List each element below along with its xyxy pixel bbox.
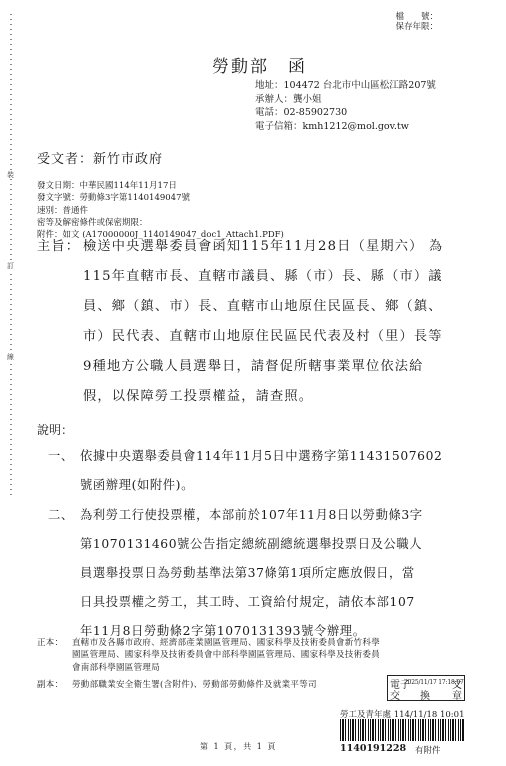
document-info: 發文日期：中華民國114年11月17日 發文字號：勞動條3字第114014904… — [37, 180, 284, 241]
barcode-number: 1140191228 — [340, 743, 406, 754]
sender-email: 電子信箱：kmh1212@mol.gov.tw — [255, 120, 436, 134]
item-line: 員選舉投票日為勞動基準法第37條第1項所定應放假日，當 — [80, 563, 415, 581]
electronic-exchange-stamp: 電子 2025/11/17 17:18:07 文 交 換 章 — [387, 675, 465, 701]
document-title: 勞動部 函 — [212, 52, 307, 77]
copy-recipients: 勞動部職業安全衛生署(含附件)、勞動部勞動條件及就業平等司 — [72, 679, 317, 691]
original-line: 直轄市及各縣市政府、經濟部產業園區管理局、國家科學及技術委員會新竹科學 — [72, 637, 380, 649]
item-marker: 一、 — [48, 446, 74, 464]
stamp-text: 交 — [390, 687, 400, 702]
sender-info: 地址：104472 台北市中山區松江路207號 承辦人：龔小姐 電話：02-85… — [255, 79, 436, 133]
delivery-speed: 速別：普通件 — [37, 205, 284, 217]
original-line: 園區管理局、國家科學及技術委員會中部科學園區管理局、國家科學及技術委員 — [72, 649, 380, 661]
binding-mark-zhuang: 裝 — [7, 171, 14, 179]
item-marker: 二、 — [48, 505, 74, 523]
item-line: 依據中央選舉委員會114年11月5日中選務字第11431507602 — [80, 446, 442, 464]
attachment-note: 有附件 — [415, 744, 441, 756]
binding-mark-xian: 線 — [7, 353, 14, 361]
original-label: 正本： — [37, 637, 63, 649]
item-line: 日具投票權之勞工，其工時、工資給付規定，請依本部107 — [80, 592, 415, 610]
retention-label: 保存年限： — [395, 22, 438, 32]
stamp-text: 換 — [420, 687, 430, 702]
subject-label: 主旨： — [37, 235, 80, 254]
recipient: 受文者：新竹市政府 — [37, 148, 163, 167]
security-level: 密等及解密條件或保密期限： — [37, 217, 284, 229]
sender-address: 地址：104472 台北市中山區松江路207號 — [255, 79, 436, 93]
original-recipients: 直轄市及各縣市政府、經濟部產業園區管理局、國家科學及技術委員會新竹科學 園區管理… — [72, 637, 380, 674]
sender-contact: 承辦人：龔小姐 — [255, 93, 436, 107]
original-line: 會南部科學園區管理局 — [72, 662, 380, 674]
stamp-text: 章 — [452, 687, 462, 702]
page-number: 第 1 頁，共 1 頁 — [200, 741, 277, 752]
item-line: 為利勞工行使投票權，本部前於107年11月8日以勞動條3字 — [80, 505, 423, 523]
sender-phone: 電話：02-85902730 — [255, 106, 436, 120]
binding-mark-ding: 訂 — [7, 262, 14, 270]
subject-line: 市）民代表、直轄市山地原住民區民代表及村（里）長等 — [83, 325, 443, 344]
item-line: 號函辦理(如附件)。 — [80, 475, 194, 493]
item-line: 第1070131460號公告指定總統副總統選舉投票日及公職人 — [80, 534, 422, 552]
document-number: 發文字號：勞動條3字第1140149047號 — [37, 192, 284, 204]
subject-line: 檢送中央選舉委員會函知115年11月28日（星期六） 為 — [83, 235, 443, 254]
barcode — [340, 719, 465, 741]
binding-line — [10, 14, 12, 496]
subject-line: 9種地方公職人員選舉日，請督促所轄事業單位依法給 — [83, 355, 424, 374]
explanation-label: 說明： — [37, 421, 73, 438]
subject-line: 115年直轄市長、直轄市議員、縣（市）長、縣（市）議 — [83, 265, 443, 284]
copy-label: 副本： — [37, 679, 63, 691]
file-meta: 檔 號： 保存年限： — [395, 12, 438, 32]
issue-date: 發文日期：中華民國114年11月17日 — [37, 180, 284, 192]
subject-line: 員、鄉（鎮、市）長、直轄市山地原住民區長、鄉（鎮、 — [83, 295, 443, 314]
file-number-label: 檔 號： — [395, 12, 438, 22]
subject-line: 假，以保障勞工投票權益，請查照。 — [83, 385, 313, 404]
